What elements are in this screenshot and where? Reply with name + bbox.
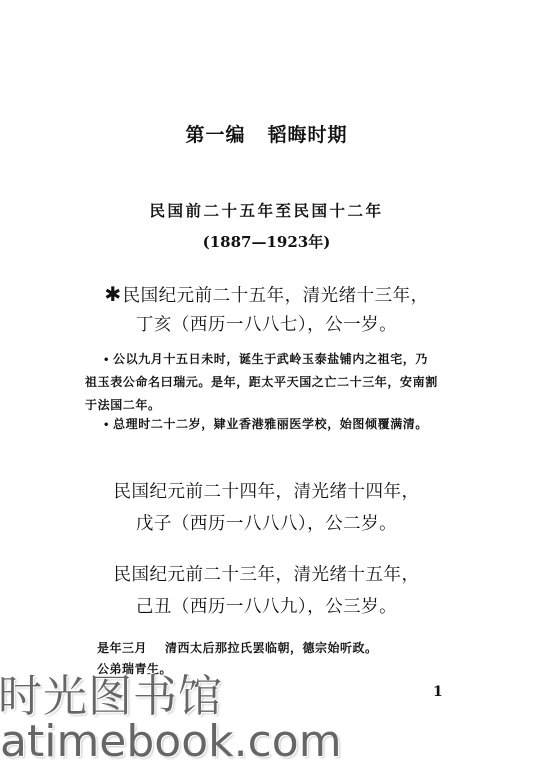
watermark-name: 时光图书馆 bbox=[0, 660, 223, 724]
part-heading: 第一编韬晦时期 bbox=[0, 120, 533, 147]
part-title: 韬晦时期 bbox=[268, 124, 348, 146]
event-text: 清西太后那拉氏罢临朝，德宗始听政。 bbox=[165, 641, 378, 655]
part-number-label: 第一编 bbox=[185, 124, 245, 146]
watermark-url: atimebook.com bbox=[0, 716, 342, 767]
note-1-line-2: 祖玉表公命名曰瑞元。是年，距太平天国之亡二十三年，安南割 bbox=[85, 373, 438, 390]
entry-1-heading-text: 民国纪元前二十五年，清光绪十三年， bbox=[123, 286, 429, 306]
entry-2-line-1: 民国纪元前二十四年，清光绪十四年， bbox=[0, 478, 533, 503]
entry-1-line-2: 丁亥（西历一八八七），公一岁。 bbox=[0, 311, 533, 336]
note-2-line-1: •总理时二十二岁，肄业香港雅丽医学校，始图倾覆满清。 bbox=[103, 415, 428, 432]
entry-3-line-2: 己丑（西历一八八九），公三岁。 bbox=[0, 593, 533, 618]
section-range-years: (1887—1923年) bbox=[0, 231, 533, 252]
bullet-icon: • bbox=[103, 355, 110, 366]
bullet-icon: • bbox=[103, 420, 110, 431]
star-icon: ✱ bbox=[104, 282, 121, 306]
entry-3-line-1: 民国纪元前二十三年，清光绪十五年， bbox=[0, 561, 533, 586]
note-1-line-3: 于法国二年。 bbox=[85, 396, 161, 413]
event-1: 是年三月清西太后那拉氏罢临朝，德宗始听政。 bbox=[97, 639, 378, 656]
event-date: 是年三月 bbox=[97, 641, 147, 655]
note-1-line-1: •公以九月十五日未时，诞生于武岭玉泰盐铺内之祖宅，乃 bbox=[103, 350, 428, 367]
section-range-title: 民国前二十五年至民国十二年 bbox=[0, 199, 533, 221]
entry-1-line-1: ✱民国纪元前二十五年，清光绪十三年， bbox=[0, 282, 533, 307]
page-number: 1 bbox=[433, 684, 443, 700]
book-page: 第一编韬晦时期 民国前二十五年至民国十二年 (1887—1923年) ✱民国纪元… bbox=[0, 0, 533, 768]
entry-2-line-2: 戊子（西历一八八八），公二岁。 bbox=[0, 510, 533, 535]
